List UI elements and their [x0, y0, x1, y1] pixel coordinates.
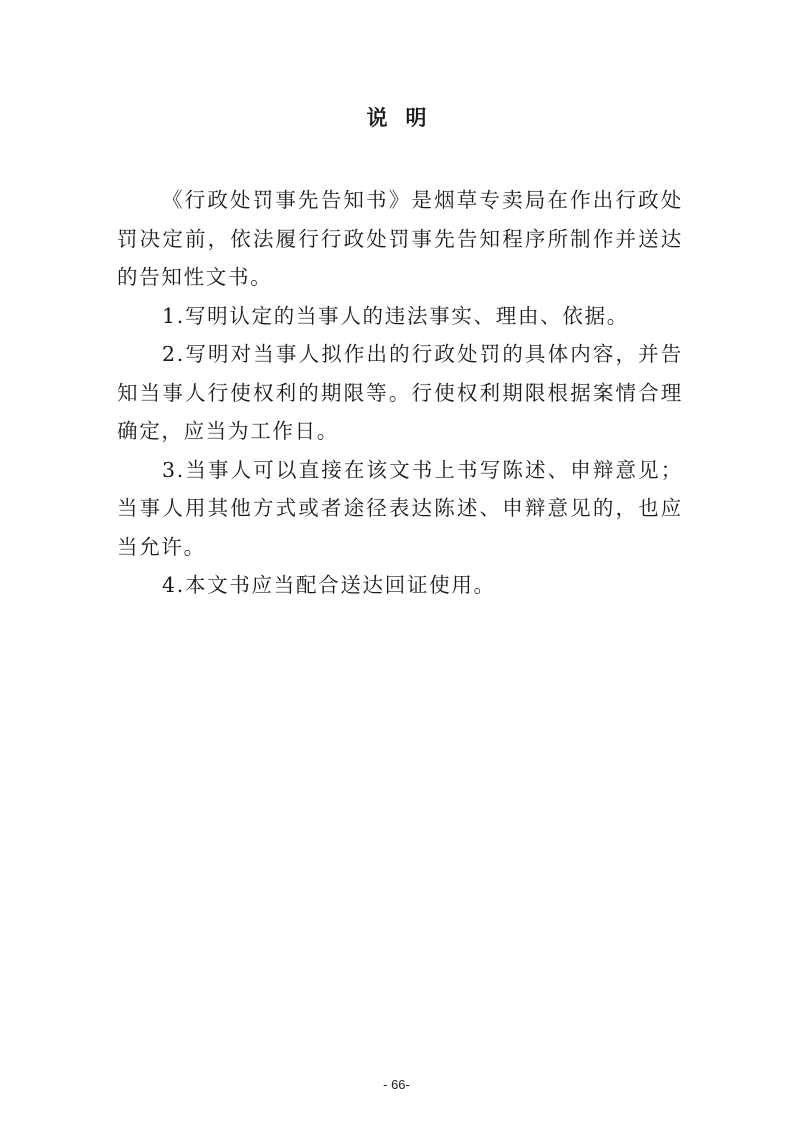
page-title: 说明: [0, 104, 793, 132]
item-3-paragraph: 3.当事人可以直接在该文书上书写陈述、申辩意见；当事人用其他方式或者途径表达陈述…: [117, 451, 683, 567]
intro-paragraph: 《行政处罚事先告知书》是烟草专卖局在作出行政处罚决定前，依法履行行政处罚事先告知…: [117, 181, 683, 297]
item-4-paragraph: 4.本文书应当配合送达回证使用。: [117, 566, 683, 605]
item-2-paragraph: 2.写明对当事人拟作出的行政处罚的具体内容，并告知当事人行使权利的期限等。行使权…: [117, 335, 683, 451]
page-number: - 66-: [0, 1077, 793, 1093]
document-body: 《行政处罚事先告知书》是烟草专卖局在作出行政处罚决定前，依法履行行政处罚事先告知…: [117, 181, 683, 605]
item-1-paragraph: 1.写明认定的当事人的违法事实、理由、依据。: [117, 297, 683, 336]
